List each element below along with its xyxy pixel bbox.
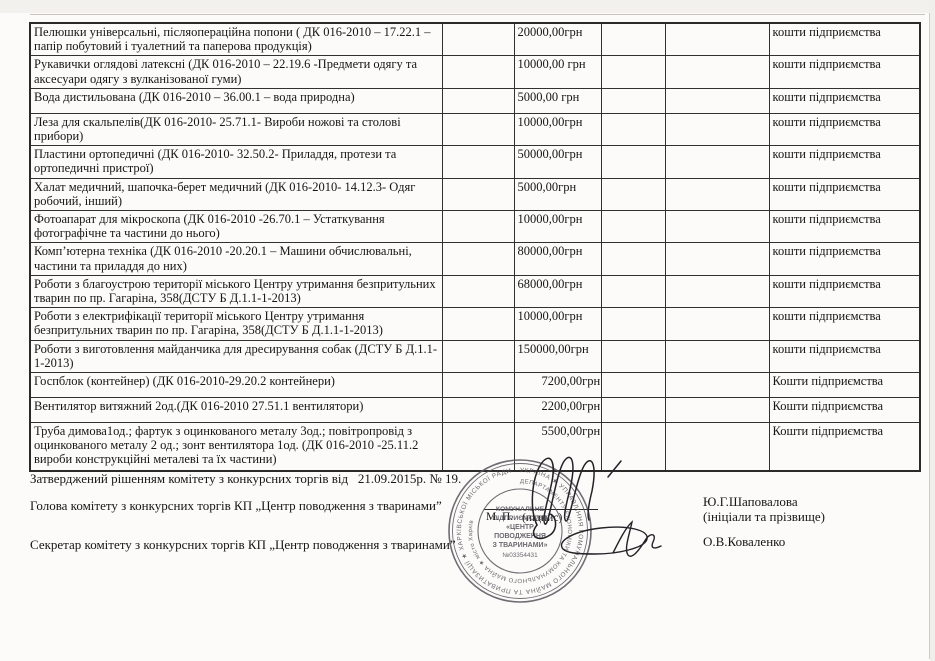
- table-row: Вода дистильована (ДК 016-2010 – 36.00.1…: [30, 88, 920, 113]
- item-description-cell: Пелюшки універсальні, післяопераційна по…: [30, 23, 442, 56]
- item-description-cell: Рукавички оглядові латексні (ДК 016-2010…: [30, 56, 442, 88]
- price-cell: 10000,00грн: [514, 211, 601, 243]
- price-cell: 80000,00грн: [514, 243, 601, 275]
- item-description-cell: Труба димова1од.; фартук з оцинкованого …: [30, 423, 442, 472]
- table-row: Леза для скальпелів(ДК 016-2010- 25.71.1…: [30, 113, 920, 145]
- empty-cell: [665, 243, 769, 275]
- funding-source-cell: кошти підприємства: [769, 113, 920, 145]
- empty-cell: [442, 88, 514, 113]
- item-description-cell: Комп’ютерна техніка (ДК 016-2010 -20.20.…: [30, 243, 442, 275]
- empty-cell: [442, 56, 514, 88]
- empty-cell: [442, 146, 514, 178]
- item-description-cell: Роботи з виготовлення майданчика для дре…: [30, 340, 442, 372]
- item-description-cell: Пластини ортопедичні (ДК 016-2010- 32.50…: [30, 146, 442, 178]
- stamp-center-line: ПІДПРИЄМСТВО: [492, 515, 547, 522]
- empty-cell: [665, 146, 769, 178]
- empty-cell: [665, 178, 769, 210]
- empty-cell: [601, 88, 665, 113]
- empty-cell: [601, 398, 665, 423]
- empty-cell: [442, 308, 514, 340]
- funding-source-cell: кошти підприємства: [769, 243, 920, 275]
- stamp-center-line: З ТВАРИНАМИ»: [493, 542, 548, 549]
- empty-cell: [442, 373, 514, 398]
- price-cell: 50000,00грн: [514, 146, 601, 178]
- funding-source-cell: кошти підприємства: [769, 23, 920, 56]
- empty-cell: [665, 308, 769, 340]
- empty-cell: [601, 243, 665, 275]
- scan-line-right: [929, 13, 930, 659]
- item-description-cell: Халат медичний, шапочка-берет медичний (…: [30, 178, 442, 210]
- empty-cell: [442, 113, 514, 145]
- table-row: Пелюшки універсальні, післяопераційна по…: [30, 23, 920, 56]
- funding-source-cell: кошти підприємства: [769, 56, 920, 88]
- empty-cell: [665, 56, 769, 88]
- table-row: Фотоапарат для мікроскопа (ДК 016-2010 -…: [30, 211, 920, 243]
- empty-cell: [601, 308, 665, 340]
- empty-cell: [601, 211, 665, 243]
- stamp-text: УКРАЇНА ★ УПРАВЛІННЯ КОМУНАЛЬНОГО МАЙНА …: [456, 467, 584, 595]
- price-cell: 10000,00грн: [514, 113, 601, 145]
- empty-cell: [665, 340, 769, 372]
- price-cell: 20000,00грн: [514, 23, 601, 56]
- empty-cell: [442, 178, 514, 210]
- secretary-name: О.В.Коваленко: [703, 534, 785, 549]
- empty-cell: [601, 373, 665, 398]
- empty-cell: [665, 275, 769, 307]
- empty-cell: [442, 243, 514, 275]
- table-row: Госпблок (контейнер) (ДК 016-2010-29.20.…: [30, 373, 920, 398]
- item-description-cell: Роботи з благоустрою території міського …: [30, 275, 442, 307]
- price-cell: 10000,00грн: [514, 308, 601, 340]
- table-row: Комп’ютерна техніка (ДК 016-2010 -20.20.…: [30, 243, 920, 275]
- funding-source-cell: Кошти підприємства: [769, 398, 920, 423]
- empty-cell: [601, 275, 665, 307]
- empty-cell: [665, 211, 769, 243]
- item-description-cell: Леза для скальпелів(ДК 016-2010- 25.71.1…: [30, 113, 442, 145]
- funding-source-cell: кошти підприємства: [769, 88, 920, 113]
- table-row: Рукавички оглядові латексні (ДК 016-2010…: [30, 56, 920, 88]
- table-row: Роботи з благоустрою території міського …: [30, 275, 920, 307]
- approval-statement: Затверджений рішенням комітету з конкурс…: [30, 471, 461, 486]
- empty-cell: [601, 23, 665, 56]
- name-hint: (ініціали та прізвище): [703, 509, 825, 524]
- item-description-cell: Вода дистильована (ДК 016-2010 – 36.00.1…: [30, 88, 442, 113]
- table-row: Пластини ортопедичні (ДК 016-2010- 32.50…: [30, 146, 920, 178]
- funding-source-cell: кошти підприємства: [769, 211, 920, 243]
- scan-edge-right: [930, 0, 935, 661]
- stamp-center-line: КОМУНАЛЬНЕ: [496, 506, 545, 513]
- empty-cell: [601, 113, 665, 145]
- stamp-center-line: «ЦЕНТР: [506, 524, 534, 531]
- funding-source-cell: Кошти підприємства: [769, 373, 920, 398]
- price-cell: 5000,00грн: [514, 178, 601, 210]
- empty-cell: [442, 398, 514, 423]
- price-cell: 2200,00грн: [514, 398, 601, 423]
- table-row: Халат медичний, шапочка-берет медичний (…: [30, 178, 920, 210]
- item-description-cell: Вентилятор витяжний 2од.(ДК 016-2010 27.…: [30, 398, 442, 423]
- table-row: Вентилятор витяжний 2од.(ДК 016-2010 27.…: [30, 398, 920, 423]
- empty-cell: [442, 23, 514, 56]
- item-description-cell: Роботи з електрифікації території місько…: [30, 308, 442, 340]
- empty-cell: [442, 340, 514, 372]
- funding-source-cell: кошти підприємства: [769, 340, 920, 372]
- empty-cell: [601, 178, 665, 210]
- empty-cell: [665, 23, 769, 56]
- funding-source-cell: кошти підприємства: [769, 178, 920, 210]
- scan-edge-top: [0, 0, 935, 13]
- stamp-center-line: №03354431: [502, 552, 538, 559]
- price-cell: 5000,00 грн: [514, 88, 601, 113]
- table-row: Роботи з електрифікації території місько…: [30, 308, 920, 340]
- item-description-cell: Фотоапарат для мікроскопа (ДК 016-2010 -…: [30, 211, 442, 243]
- funding-source-cell: кошти підприємства: [769, 275, 920, 307]
- price-cell: 150000,00грн: [514, 340, 601, 372]
- empty-cell: [442, 275, 514, 307]
- empty-cell: [601, 56, 665, 88]
- price-cell: 10000,00 грн: [514, 56, 601, 88]
- empty-cell: [665, 373, 769, 398]
- empty-cell: [665, 113, 769, 145]
- chair-name: Ю.Г.Шаповалова: [703, 494, 798, 509]
- funding-source-cell: Кошти підприємства: [769, 423, 920, 472]
- item-description-cell: Госпблок (контейнер) (ДК 016-2010-29.20.…: [30, 373, 442, 398]
- price-cell: 68000,00грн: [514, 275, 601, 307]
- funding-source-cell: кошти підприємства: [769, 146, 920, 178]
- empty-cell: [665, 398, 769, 423]
- procurement-items-table: Пелюшки універсальні, післяопераційна по…: [29, 22, 921, 472]
- scan-line-top: [30, 14, 925, 15]
- empty-cell: [601, 340, 665, 372]
- empty-cell: [665, 88, 769, 113]
- price-cell: 7200,00грн: [514, 373, 601, 398]
- empty-cell: [601, 146, 665, 178]
- scanned-procurement-document: Пелюшки універсальні, післяопераційна по…: [0, 0, 935, 661]
- official-stamp: УКРАЇНА ★ УПРАВЛІННЯ КОМУНАЛЬНОГО МАЙНА …: [430, 445, 690, 625]
- funding-source-cell: кошти підприємства: [769, 308, 920, 340]
- table-row: Роботи з виготовлення майданчика для дре…: [30, 340, 920, 372]
- empty-cell: [442, 211, 514, 243]
